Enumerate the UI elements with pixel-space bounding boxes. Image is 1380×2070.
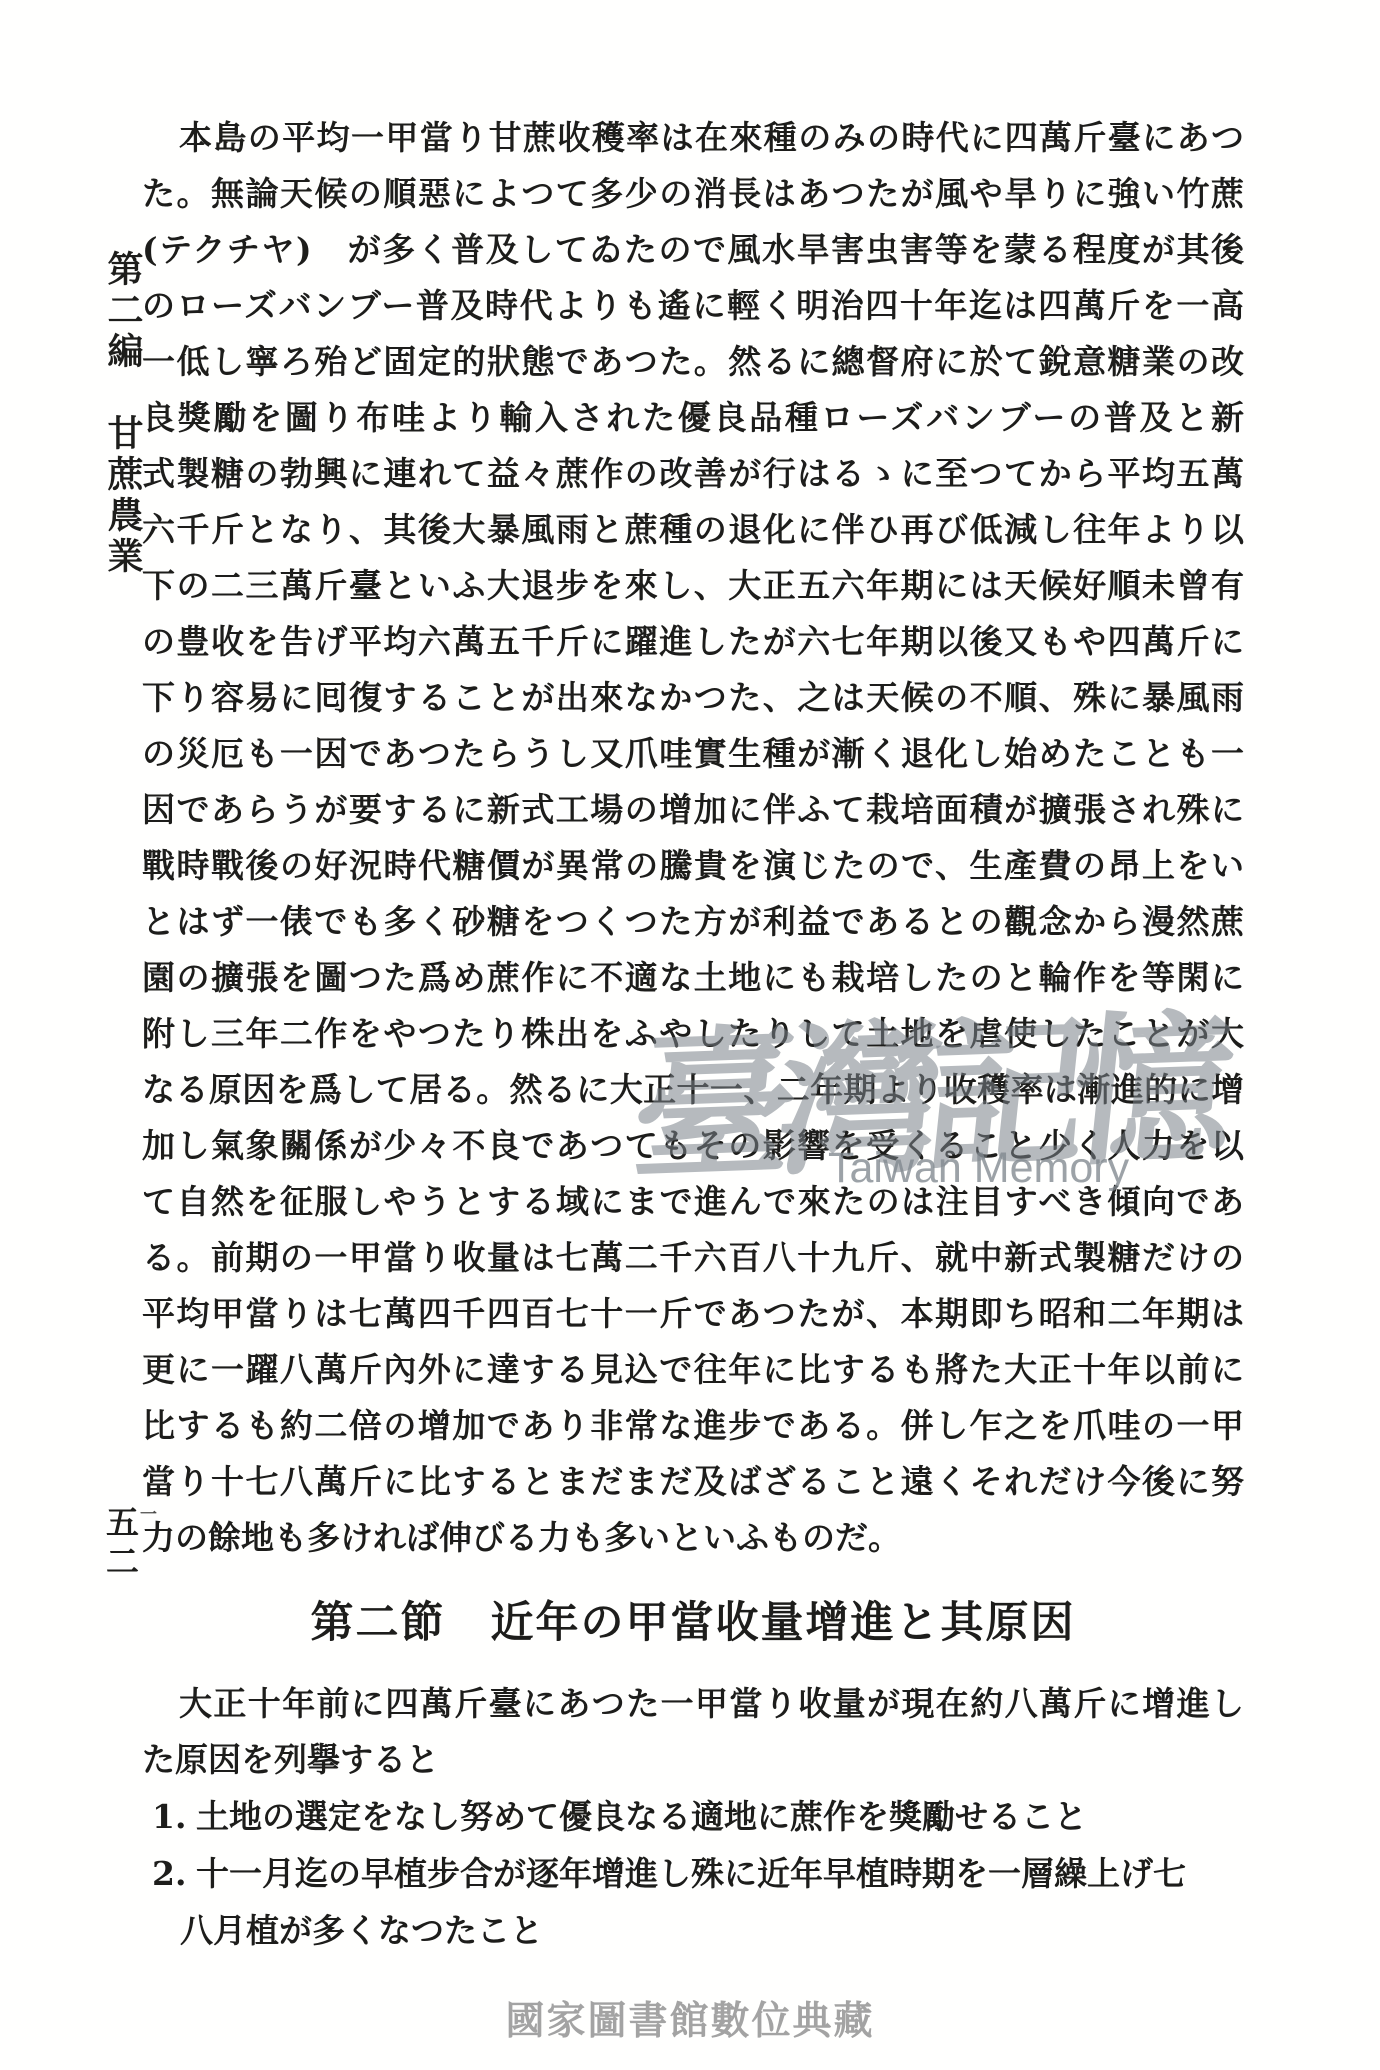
body-line: 比するも約二倍の增加であり非常な進步である。併し乍之を爪哇の一甲 [142,1398,1244,1454]
body-line: て自然を征服しやうとする域にまで進んで來たのは注目すべき傾向であ [142,1174,1244,1230]
body-line: (テクチヤ) が多く普及してゐたので風水旱害虫害等を蒙る程度が其後 [142,222,1244,278]
body-line: 式製糖の勃興に連れて益々蔗作の改善が行はるゝに至つてから平均五萬 [142,446,1244,502]
list-item-number: 2. [152,1845,196,1902]
body-line: 下の二三萬斤臺といふ大退步を來し、大正五六年期には天候好順未曾有 [142,558,1244,614]
body-text-block: 本島の平均一甲當り甘蔗收穫率は在來種のみの時代に四萬斤臺にあつ た。無論天候の順… [142,110,1244,1566]
list-item: 1. 土地の選定をなし努めて優良なる適地に蔗作を獎勵せること [152,1788,1244,1845]
body-line: 六千斤となり、其後大暴風雨と蔗種の退化に伴ひ再び低減し往年より以 [142,502,1244,558]
body-line: 因であらうが要するに新式工場の增加に伴ふて栽培面積が擴張され殊に [142,782,1244,838]
body-line: なる原因を爲して居る。然るに大正十一、二年期より收穫率は漸進的に增 [142,1062,1244,1118]
body-line: の災厄も一因であつたらうし又爪哇實生種が漸く退化し始めたことも一 [142,726,1244,782]
body-line: 一低し寧ろ殆ど固定的狀態であつた。然るに總督府に於て銳意糖業の改 [142,334,1244,390]
watermark-footer-archive: 國家圖書館數位典藏 [505,1990,874,2046]
body-line: 力の餘地も多ければ伸びる力も多いといふものだ。 [142,1510,1244,1566]
body-line: の豊收を告げ平均六萬五千斤に躍進したが六七年期以後又もや四萬斤に [142,614,1244,670]
body-line: 本島の平均一甲當り甘蔗收穫率は在來種のみの時代に四萬斤臺にあつ [142,110,1244,166]
body-line: とはず一俵でも多く砂糖をつくつた方が利益であるとの觀念から漫然蔗 [142,894,1244,950]
section-intro-line: た原因を列擧すると [142,1732,1244,1788]
section-heading: 第二節 近年の甲當收量增進と其原因 [142,1600,1244,1647]
body-line: 附し三年二作をやつたり株出をふやしたりして土地を虐使したことが大 [142,1006,1244,1062]
list-item: 2. 十一月迄の早植步合が逐年增進し殊に近年早植時期を一層繰上げ七 [152,1845,1244,1902]
body-line: 加し氣象關係が少々不良であつてもその影響を受くること少く人力を以 [142,1118,1244,1174]
page-number-value: 五二 [104,1505,137,1583]
body-line: のローズバンブー普及時代よりも遙に輕く明治四十年迄は四萬斤を一高 [142,278,1244,334]
list-item-text: 土地の選定をなし努めて優良なる適地に蔗作を獎勵せること [196,1788,1087,1845]
section-intro-line: 大正十年前に四萬斤臺にあつた一甲當り收量が現在約八萬斤に增進し [142,1676,1244,1732]
body-line: 戰時戰後の好況時代糖價が異常の騰貴を演じたので、生產費の昂上をい [142,838,1244,894]
body-line: 當り十七八萬斤に比するとまだまだ及ばざること遠くそれだけ今後に努 [142,1454,1244,1510]
section-intro-block: 大正十年前に四萬斤臺にあつた一甲當り收量が現在約八萬斤に增進し た原因を列擧する… [142,1676,1244,1788]
body-line: 下り容易に囘復することが出來なかつた、之は天候の不順、殊に暴風雨 [142,670,1244,726]
body-line: 更に一躍八萬斤內外に達する見込で往年に比するも將た大正十年以前に [142,1342,1244,1398]
list-item-number: 1. [152,1788,196,1845]
list-item-text: 十一月迄の早植步合が逐年增進し殊に近年早植時期を一層繰上げ七 [196,1845,1186,1902]
scanned-book-page: 第二編 甘蔗農業 一 五二 本島の平均一甲當り甘蔗收穫率は在來種のみの時代に四萬… [0,0,1380,2070]
body-line: た。無論天候の順惡によつて多少の消長はあつたが風や旱りに強い竹蔗 [142,166,1244,222]
body-line: 園の擴張を圖つた爲め蔗作に不適な土地にも栽培したのと輪作を等閑に [142,950,1244,1006]
body-line: 平均甲當りは七萬四千四百七十一斤であつたが、本期即ち昭和二年期は [142,1286,1244,1342]
body-line: る。前期の一甲當り收量は七萬二千六百八十九斤、就中新式製糖だけの [142,1230,1244,1286]
body-line: 良獎勵を圖り布哇より輸入された優良品種ローズバンブーの普及と新 [142,390,1244,446]
list-item-continuation: 八月植が多くなつたこと [152,1902,1244,1959]
cause-list: 1. 土地の選定をなし努めて優良なる適地に蔗作を獎勵せること 2. 十一月迄の早… [152,1788,1244,1959]
